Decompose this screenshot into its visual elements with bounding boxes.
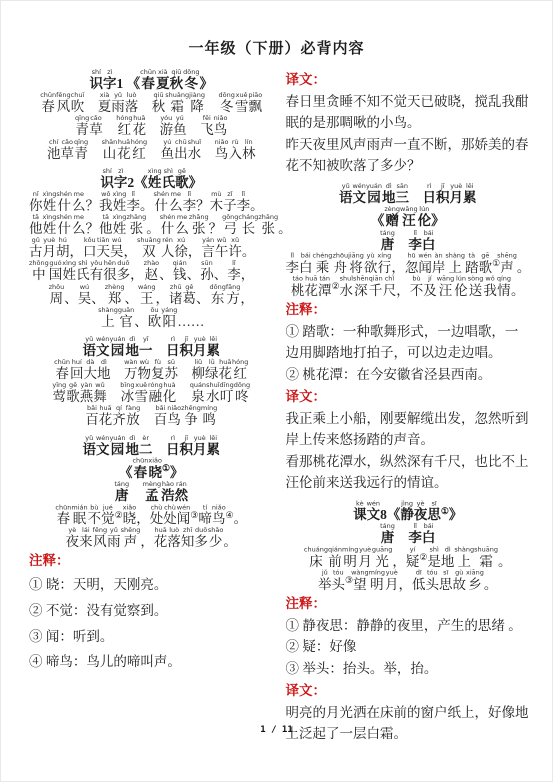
translation-paragraph: 看那桃花潭水，纵然深有千尺，也比不上汪伦前来送我远行的情谊。: [286, 451, 531, 494]
verse-line: 春chūn回huí大dà地dì 万wàn物wù复fù苏sū 柳liǔ绿lǜ花hu…: [29, 359, 274, 381]
note-line: ③ 闻：听到。: [29, 624, 274, 650]
section-heading: 《 春chūn晓xiǎo①》: [29, 458, 274, 480]
note-line: ① 晓：天明，天刚亮。: [29, 572, 274, 598]
verse-line: 周zhōu、 吴wú、 郑zhèng、 王wáng， 诸zhū葛gě、 东dōn…: [29, 284, 274, 306]
annotation-number: ②: [115, 510, 123, 520]
translation-paragraph: 昨天夜里风声雨声一直不断，那娇美的春花不知被吹落了多少？: [286, 134, 531, 177]
left-column: 识shí字zì1 《 春chūn夏xià秋qiū冬dōng》 春chūn风fēn…: [29, 68, 274, 744]
red-label: 译文：: [286, 70, 531, 91]
verse-line: 春chūn风fēng吹chuī 夏xià雨yǔ落luò 秋qiū霜shuāng降…: [29, 92, 274, 114]
section-heading: 语yǔ文wén园yuán地dì一yī 日rì积jī月yuè累lěi: [29, 336, 274, 358]
verse-line: 你nǐ姓xìng什shén么me？ 我wǒ姓xìng李lǐ。 什shén么me李…: [29, 191, 274, 213]
red-label: 注释：: [29, 551, 274, 572]
annotation-number: ①: [162, 463, 170, 473]
note-line: ② 不觉：没有觉察到。: [29, 598, 274, 624]
translation-paragraph: 明亮的月光洒在床前的窗户纸上，好像地上泛起了一层白霜。: [286, 702, 531, 745]
annotation-number: ②: [331, 281, 339, 291]
verse-line: 古gǔ月yuè胡hú， 口kǒu天tiān吴wú， 双shuāng人rén徐xú…: [29, 237, 274, 259]
verse-line: 他tā姓xìng什shén么me？ 他tā姓xìng张zhāng。 什shén么…: [29, 214, 274, 236]
section-heading: 识shí字zì1 《 春chūn夏xià秋qiū冬dōng》: [29, 69, 274, 91]
annotation-number: ④: [226, 510, 234, 520]
section-heading: 语yǔ文wén园yuán地dì三sān 日rì积jī月yuè累lěi: [286, 183, 531, 205]
note-line: ① 踏歌：一种歌舞形式，一边唱歌，一边用脚踏地打拍子，可以边走边唱。: [286, 321, 531, 364]
verse-line: 春chūn眠mián不bù觉jué②晓xiǎo， 处chù处chù闻wén③啼t…: [29, 504, 274, 526]
red-label: 注释：: [286, 300, 531, 321]
section-heading: 课kè文wén8 《 静jìng夜yè思sī①》: [286, 500, 531, 522]
section-heading: 唐táng 李lǐ白bái: [286, 230, 531, 252]
note-line: ① 静夜思：静静的夜里，产生的思绪 。: [286, 615, 531, 636]
note-line: ③ 举头：抬头。举，抬。: [286, 658, 531, 679]
verse-line: 百bǎi花huā齐qí放fàng 百bǎi鸟niǎo争zhēng鸣míng: [29, 405, 274, 427]
page-number: 1 / 11: [1, 725, 552, 735]
verse-line: 莺yīng歌gē燕yàn舞wǔ 冰bīng雪xuě融róng化huà 泉quán…: [29, 382, 274, 404]
red-label: 译文：: [286, 681, 531, 702]
page-title: 一年级（下册）必背内容: [1, 1, 552, 58]
note-line: ② 疑：好像: [286, 636, 531, 657]
document-page: 一年级（下册）必背内容 识shí字zì1 《 春chūn夏xià秋qiū冬dōn…: [0, 0, 553, 782]
section-heading: 识shí字zì2 《 姓xìng氏shì歌gē》: [29, 168, 274, 190]
section-heading: 唐táng 孟mèng浩hào然rán: [29, 481, 274, 503]
verse-line: 上shàng官guān、 欧ōu阳yáng… …: [29, 307, 274, 329]
verse-line: 池chí草cǎo青qīng 山shān花huā红hóng 鱼yú出chū水shu…: [29, 139, 274, 161]
verse-line: 桃táo花huā潭tán②水shuǐ深shēn千qiān尺chǐ， 不bù及jí…: [286, 276, 531, 298]
red-label: 译文：: [286, 387, 531, 408]
section-heading: 《 赠zèng汪wāng伦lún》: [286, 206, 531, 228]
section-heading: 唐táng 李lǐ白bái: [286, 523, 531, 545]
verse-line: 中zhōng国guó姓xìng氏shì有yǒu很hěn多duō， 赵zhào、 …: [29, 260, 274, 282]
translation-paragraph: 我正乘上小船，刚要解缆出发，忽然听到岸上传来悠扬踏的声音。: [286, 408, 531, 451]
annotation-number: ①: [441, 506, 449, 516]
verse-line: 床chuáng前qián明míng月yuè光guāng， 疑yí②是shì地dì…: [286, 547, 531, 569]
note-line: ④ 啼鸟：鸟儿的啼叫声。: [29, 649, 274, 675]
right-column: 译文：春日里贪睡不知不觉天已破晓，搅乱我酣眠的是那啁啾的小鸟。昨天夜里风声雨声一…: [286, 68, 531, 744]
verse-line: 夜yè来lái风fēng雨yǔ声shēng， 花huā落luò知zhī多duō少…: [29, 527, 274, 549]
note-line: ② 桃花潭：在今安徽省泾县西南。: [286, 364, 531, 385]
translation-paragraph: 春日里贪睡不知不觉天已破晓，搅乱我酣眠的是那啁啾的小鸟。: [286, 91, 531, 134]
two-column-layout: 识shí字zì1 《 春chūn夏xià秋qiū冬dōng》 春chūn风fēn…: [1, 58, 552, 744]
verse-line: 李lǐ白bái乘chéng舟zhōu将jiāng欲yù行xíng， 忽hū闻wé…: [286, 253, 531, 275]
section-heading: 语yǔ文wén园yuán地dì二èr 日rì积jī月yuè累lěi: [29, 435, 274, 457]
red-label: 注释：: [286, 594, 531, 615]
verse-line: 举jǔ头tóu③望wàng明míng月yuè， 低dī头tóu思sī故gù乡xi…: [286, 570, 531, 592]
verse-line: 青qīng草cǎo 红hóng花huā 游yóu鱼yú 飞fēi鸟niǎo: [29, 115, 274, 137]
